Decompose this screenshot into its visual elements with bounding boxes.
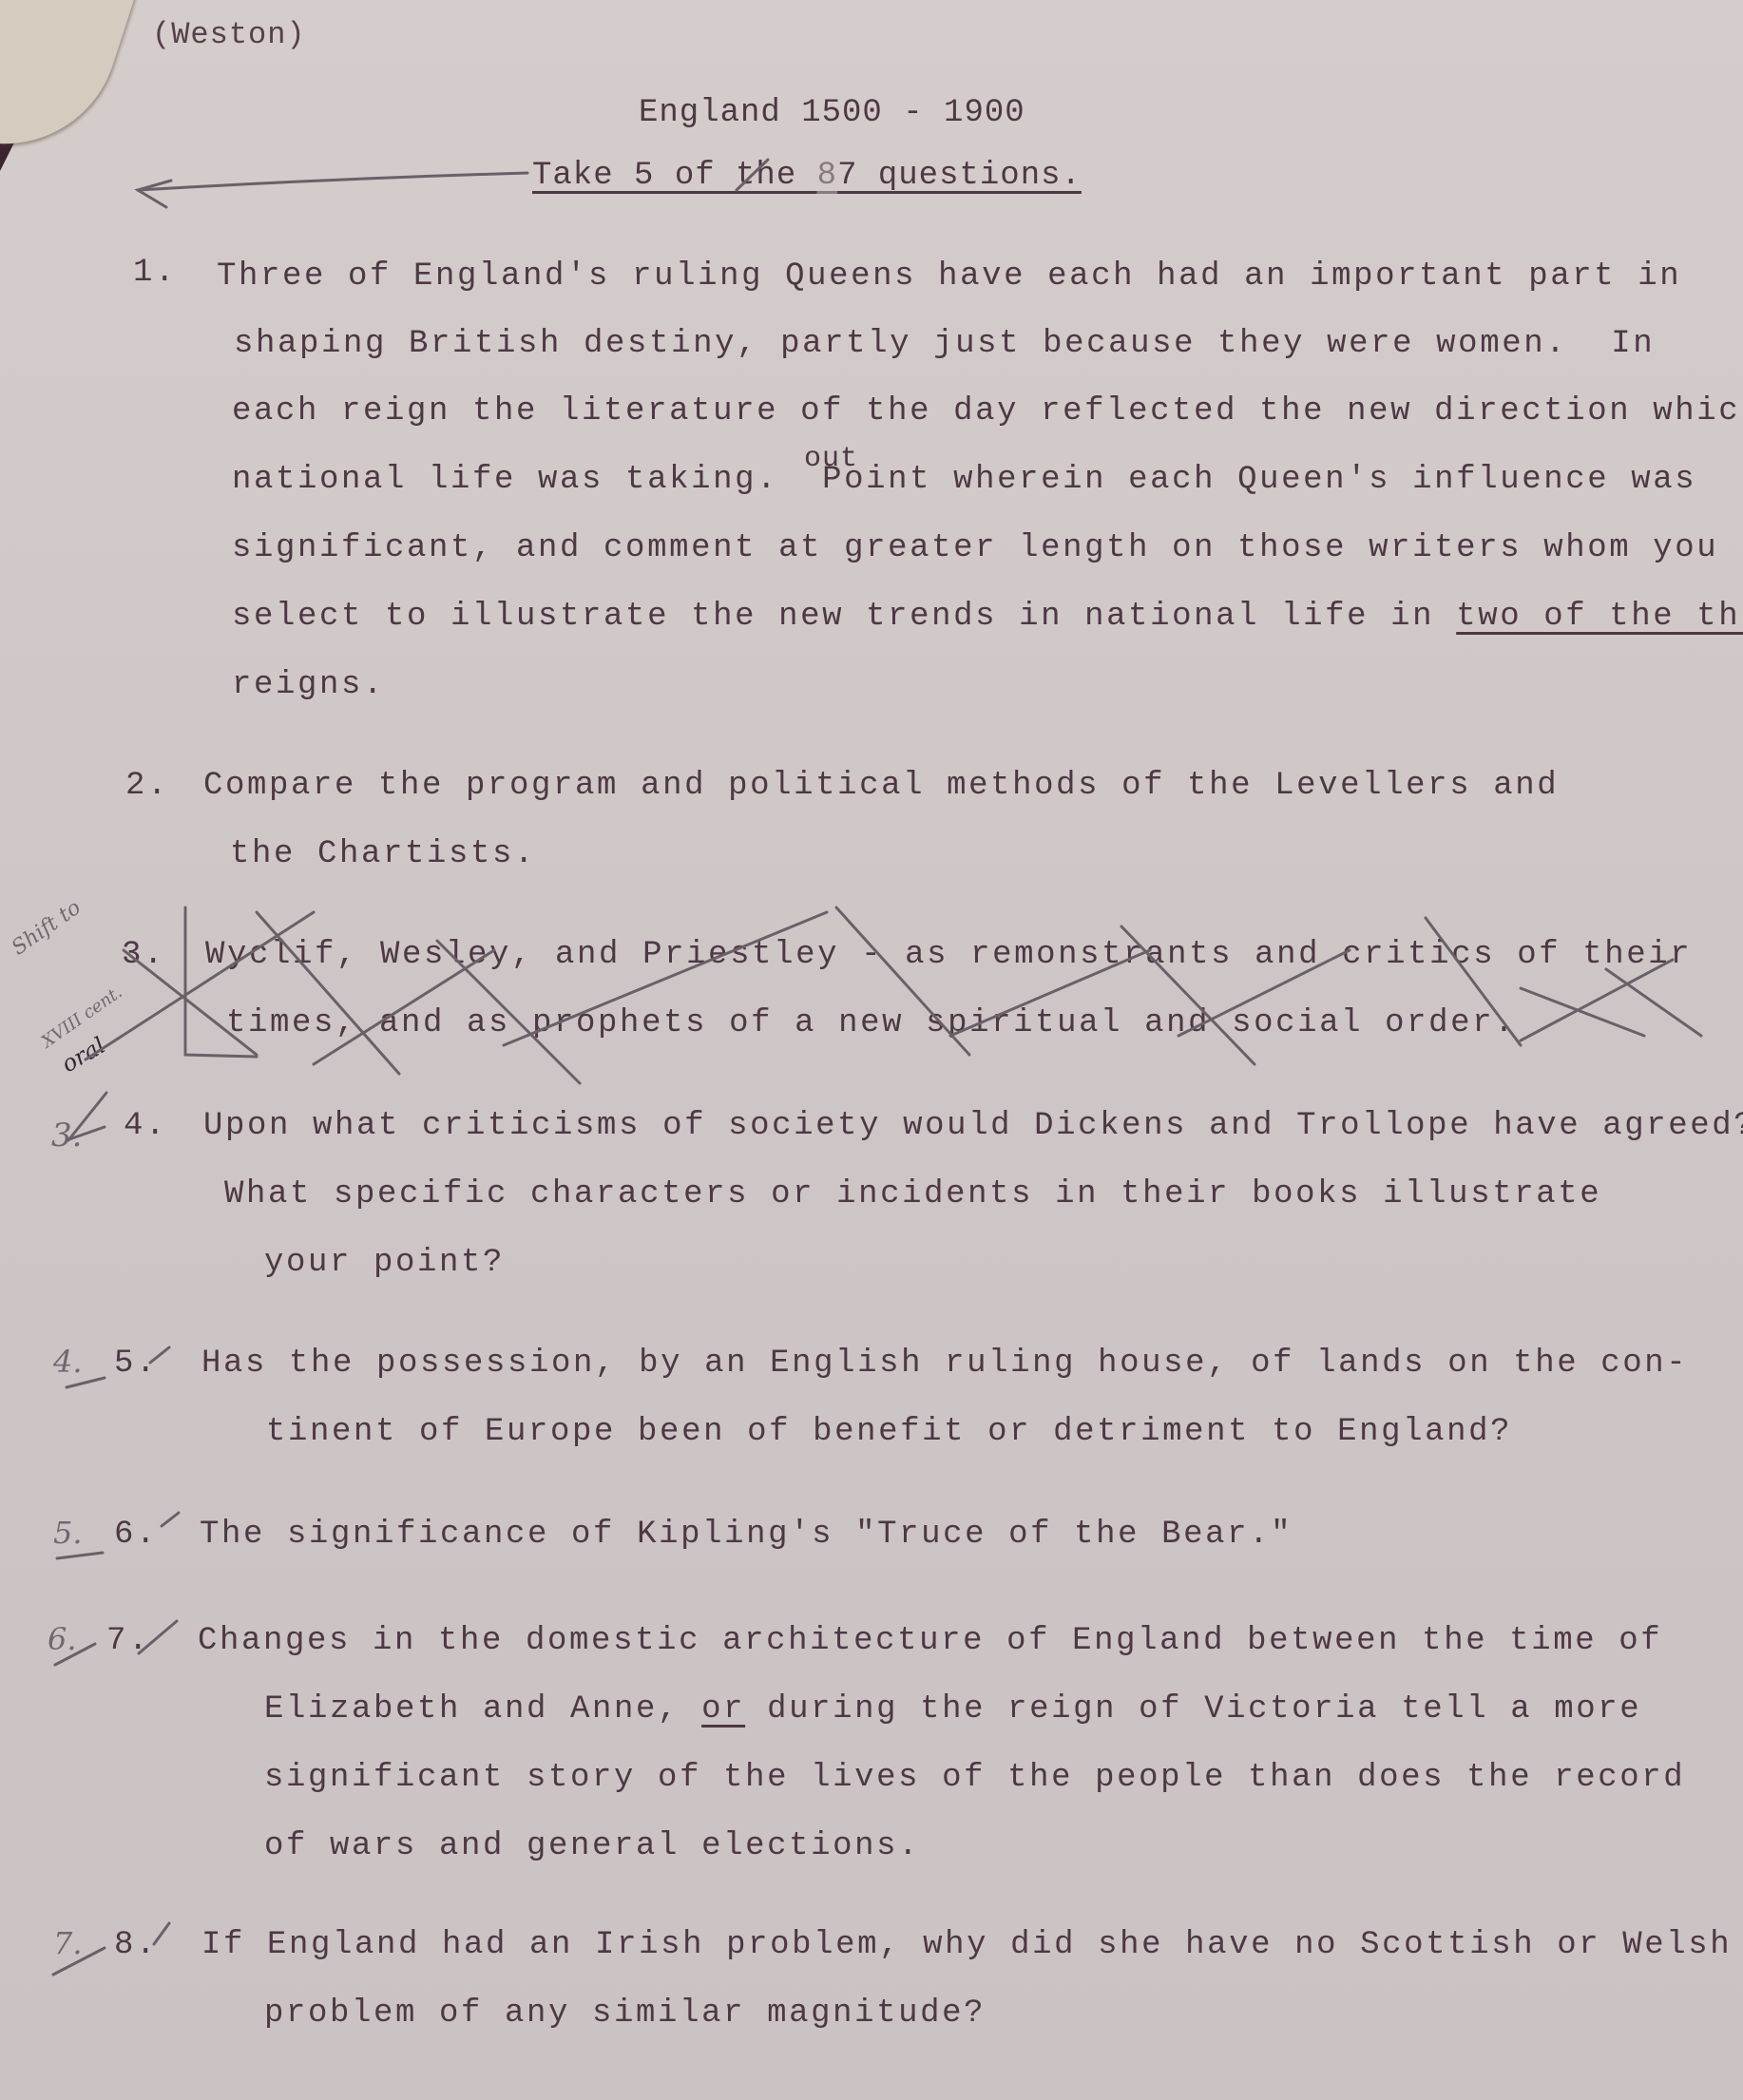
question-4-line-1: Upon what criticisms of society would Di…	[203, 1108, 1743, 1144]
instruction-prefix: Take 5 of the	[532, 158, 817, 194]
question-number: 1.	[133, 255, 177, 291]
question-7-line-1: Changes in the domestic architecture of …	[198, 1623, 1662, 1659]
question-number: 6.	[114, 1517, 158, 1553]
question-1-line-4: national life was taking. Point wherein …	[232, 462, 1696, 498]
question-number: 7.	[106, 1623, 150, 1659]
question-8-line-1: If England had an Irish problem, why did…	[201, 1927, 1732, 1963]
underlined-phrase: two of the three	[1456, 599, 1743, 635]
renumber-mark: 4.	[53, 1344, 83, 1380]
question-number: 8.	[114, 1927, 158, 1963]
question-8-line-2: problem of any similar magnitude?	[264, 1995, 986, 2032]
underlined-word: or	[701, 1691, 745, 1728]
line-text: Elizabeth and Anne,	[264, 1691, 701, 1728]
question-3-line-2: times, and as prophets of a new spiritua…	[226, 1005, 1516, 1041]
renumber-mark: 7.	[53, 1925, 83, 1961]
question-7-line-4: of wars and general elections.	[264, 1828, 920, 1864]
question-1-line-1: Three of England's ruling Queens have ea…	[217, 258, 1681, 295]
question-1-line-2: shaping British destiny, partly just bec…	[234, 326, 1655, 362]
renumber-mark: 3.	[51, 1117, 82, 1155]
instruction-suffix: questions.	[857, 158, 1081, 194]
line-text: select to illustrate the new trends in n…	[232, 599, 1456, 635]
question-1-line-5: significant, and comment at greater leng…	[232, 530, 1718, 566]
question-2-line-2: the Chartists.	[230, 836, 536, 872]
question-4-line-3: your point?	[264, 1245, 505, 1281]
question-number: 2.	[125, 768, 169, 804]
line-text: during the reign of Victoria tell a more	[745, 1691, 1641, 1728]
question-6-line-1: The significance of Kipling's "Truce of …	[200, 1517, 1293, 1553]
question-3-line-1: Wyclif, Wesley, and Priestley - as remon…	[205, 937, 1692, 973]
instruction-line: Take 5 of the 87 questions.	[532, 158, 1082, 194]
question-5-line-1: Has the possession, by an English ruling…	[201, 1346, 1688, 1382]
struck-digit: 8	[817, 158, 837, 194]
question-7-line-3: significant story of the lives of the pe…	[264, 1760, 1685, 1796]
question-1-line-7: reigns.	[232, 667, 385, 703]
question-4-line-2: What specific characters or incidents in…	[224, 1176, 1601, 1212]
renumber-mark: 6.	[48, 1621, 77, 1657]
question-1-line-6: select to illustrate the new trends in n…	[232, 599, 1743, 635]
question-1-line-3: each reign the literature of the day ref…	[232, 393, 1743, 430]
question-number: 4.	[124, 1108, 167, 1144]
question-number: 5.	[114, 1346, 158, 1382]
renumber-mark: 5.	[53, 1515, 83, 1551]
question-7-line-2: Elizabeth and Anne, or during the reign …	[264, 1691, 1641, 1728]
question-2-line-1: Compare the program and political method…	[203, 768, 1559, 804]
new-digit: 7	[837, 158, 857, 194]
author-note: (Weston)	[152, 17, 306, 52]
question-number: 3.	[122, 937, 165, 973]
page-title: England 1500 - 1900	[639, 95, 1025, 131]
question-5-line-2: tinent of Europe been of benefit or detr…	[266, 1414, 1512, 1450]
